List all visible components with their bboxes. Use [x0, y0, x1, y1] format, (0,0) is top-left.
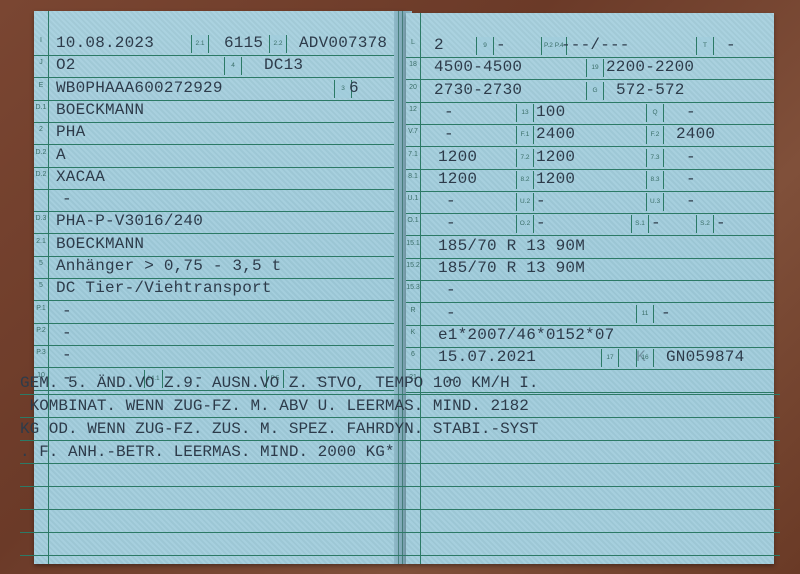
- field-code: 15.3: [406, 284, 420, 291]
- field-value: -: [686, 103, 696, 121]
- field-code: O.1: [406, 217, 420, 224]
- field-value: PHA-P-V3016/240: [56, 212, 203, 230]
- remarks-section: GEM. 5. ÄND.VO Z.9. AUSN.VO Z. STVO, TEM…: [20, 372, 780, 556]
- field-value: -: [651, 214, 661, 232]
- left_page-row: 2.1BOECKMANN: [34, 234, 405, 257]
- field-code: 5: [34, 260, 48, 267]
- field-code: O.2: [516, 215, 534, 233]
- field-code: D.2: [34, 149, 48, 156]
- field-value: 10.08.2023: [56, 34, 154, 52]
- left_page-row: P.2-: [34, 323, 405, 346]
- field-value: -: [62, 190, 72, 208]
- field-value: 1200: [438, 148, 477, 166]
- left_page-row: D.1BOECKMANN: [34, 100, 405, 123]
- field-code: 15.1: [406, 240, 420, 247]
- field-code: 4: [224, 57, 242, 75]
- field-value: PHA: [56, 123, 85, 141]
- remark-line: KG OD. WENN ZUG-FZ. ZUS. M. SPEZ. FAHRDY…: [20, 418, 780, 441]
- field-value: 1200: [438, 170, 477, 188]
- field-value: -: [726, 36, 736, 54]
- right_page-row: 202730-2730G572-572: [406, 80, 774, 103]
- field-value: 185/70 R 13 90M: [438, 259, 585, 277]
- field-code: J: [34, 59, 48, 66]
- right_page-row: Ke1*2007/46*0152*07: [406, 325, 774, 348]
- left_page-row: 2PHA: [34, 122, 405, 145]
- field-value: DC Tier-/Viehtransport: [56, 279, 272, 297]
- field-code: 11: [636, 305, 654, 323]
- field-code: 2.2: [269, 35, 287, 53]
- field-value: 4500-4500: [434, 58, 522, 76]
- field-value: 6115: [224, 34, 263, 52]
- field-code: 2.1: [34, 238, 48, 245]
- field-code: F.1: [516, 126, 534, 144]
- field-code: D.1: [34, 104, 48, 111]
- field-value: ---/---: [561, 36, 630, 54]
- field-code: L: [406, 39, 420, 46]
- right_page-row: U.1-U.2-U.3-: [406, 191, 774, 214]
- field-code: 2: [34, 126, 48, 133]
- field-value: -: [686, 148, 696, 166]
- remark-line: [20, 510, 780, 533]
- field-value: -: [446, 214, 456, 232]
- field-code: 18: [406, 61, 420, 68]
- field-value: 185/70 R 13 90M: [438, 237, 585, 255]
- left_page-row: JO24DC13: [34, 55, 405, 78]
- field-code: 8.3: [646, 171, 664, 189]
- field-value: ADV007378: [299, 34, 387, 52]
- field-code: 9: [476, 37, 494, 55]
- field-code: 16: [636, 349, 654, 367]
- field-code: 7.3: [646, 149, 664, 167]
- remark-line: [20, 487, 780, 510]
- left_page-row: I10.08.20232.161152.2ADV007378: [34, 33, 405, 56]
- field-value: DC13: [264, 56, 303, 74]
- right_page-row: L29-P.2 P.4---/---T-: [406, 35, 774, 58]
- field-code: I: [34, 37, 48, 44]
- right_page-row: 12-13100Q-: [406, 102, 774, 125]
- left_page-row: P.3-: [34, 345, 405, 368]
- right_page-row: R-11-: [406, 303, 774, 326]
- left_page-row: D.2XACAA: [34, 167, 405, 190]
- field-value: -: [444, 125, 454, 143]
- field-value: -: [446, 304, 456, 322]
- field-value: 1200: [536, 148, 575, 166]
- field-value: 2400: [676, 125, 715, 143]
- field-code: E: [34, 82, 48, 89]
- field-code: S.1: [631, 215, 649, 233]
- field-value: -: [444, 103, 454, 121]
- remark-line: KOMBINAT. WENN ZUG-FZ. M. ABV U. LEERMAS…: [20, 395, 780, 418]
- field-value: -: [446, 192, 456, 210]
- field-value: -: [536, 214, 546, 232]
- field-code: P.2: [34, 327, 48, 334]
- field-value: GN059874: [666, 348, 744, 366]
- field-code: 5: [34, 282, 48, 289]
- right_page-row: V.7-F.12400F.22400: [406, 124, 774, 147]
- left_page-row: D.2A: [34, 145, 405, 168]
- field-code: P.3: [34, 349, 48, 356]
- remark-line: [20, 533, 780, 556]
- field-value: O2: [56, 56, 76, 74]
- field-code: S.2: [696, 215, 714, 233]
- remark-line: [20, 464, 780, 487]
- field-value: -: [496, 36, 506, 54]
- field-value: BOECKMANN: [56, 101, 144, 119]
- field-code: K: [406, 329, 420, 336]
- field-value: -: [62, 302, 72, 320]
- field-value: 2400: [536, 125, 575, 143]
- field-code: 6: [406, 351, 420, 358]
- remark-line: GEM. 5. ÄND.VO Z.9. AUSN.VO Z. STVO, TEM…: [20, 372, 780, 395]
- left_page-row: -: [34, 189, 405, 212]
- field-code: T: [696, 37, 714, 55]
- right_page-row: 184500-4500192200-2200: [406, 57, 774, 80]
- field-value: 2200-2200: [606, 58, 694, 76]
- field-code: P.1: [34, 305, 48, 312]
- field-code: D.2: [34, 171, 48, 178]
- field-value: 2: [434, 36, 444, 54]
- field-code: 7.2: [516, 149, 534, 167]
- field-code: R: [406, 307, 420, 314]
- field-value: -: [536, 192, 546, 210]
- field-code: U.1: [406, 195, 420, 202]
- field-value: -: [62, 324, 72, 342]
- right_page-row: 15.2185/70 R 13 90M: [406, 258, 774, 281]
- field-value: WB0PHAAA600272929: [56, 79, 223, 97]
- field-code: 8.1: [406, 173, 420, 180]
- field-code: 7.1: [406, 151, 420, 158]
- field-value: 2730-2730: [434, 81, 522, 99]
- field-value: -: [661, 304, 671, 322]
- field-value: 572-572: [616, 81, 685, 99]
- field-value: e1*2007/46*0152*07: [438, 326, 614, 344]
- field-value: Anhänger > 0,75 - 3,5 t: [56, 257, 281, 275]
- field-code: 19: [586, 59, 604, 77]
- field-code: Q: [646, 104, 664, 122]
- right_page-row: O.1-O.2-S.1-S.2-: [406, 213, 774, 236]
- field-value: -: [716, 214, 726, 232]
- field-code: 20: [406, 84, 420, 91]
- left_page-row: 5DC Tier-/Viehtransport: [34, 278, 405, 301]
- left_page-row: D.3PHA-P-V3016/240: [34, 211, 405, 234]
- right_page-row: 15.1185/70 R 13 90M: [406, 236, 774, 259]
- field-code: 12: [406, 106, 420, 113]
- field-code: 15.2: [406, 262, 420, 269]
- field-value: -: [686, 192, 696, 210]
- field-code: G: [586, 82, 604, 100]
- left_page-row: P.1-: [34, 301, 405, 324]
- field-value: 1200: [536, 170, 575, 188]
- field-code: 13: [516, 104, 534, 122]
- field-code: 2.1: [191, 35, 209, 53]
- field-value: 15.07.2021: [438, 348, 536, 366]
- field-value: XACAA: [56, 168, 105, 186]
- field-value: 100: [536, 103, 565, 121]
- remark-line: . F. ANH.-BETR. LEERMAS. MIND. 2000 KG*: [20, 441, 780, 464]
- field-code: U.3: [646, 193, 664, 211]
- right_page-row: 615.07.202117K16GN059874: [406, 347, 774, 370]
- field-value: BOECKMANN: [56, 235, 144, 253]
- right_page-row: 8.112008.212008.3-: [406, 169, 774, 192]
- field-value: -: [686, 170, 696, 188]
- left_page-row: 5Anhänger > 0,75 - 3,5 t: [34, 256, 405, 279]
- field-code: V.7: [406, 128, 420, 135]
- field-code: U.2: [516, 193, 534, 211]
- field-value: -: [446, 281, 456, 299]
- field-value: -: [62, 346, 72, 364]
- field-code: 17: [601, 349, 619, 367]
- right_page-row: 15.3-: [406, 280, 774, 303]
- field-code: 8.2: [516, 171, 534, 189]
- field-value: A: [56, 146, 66, 164]
- left_page-row: EWB0PHAAA60027292936: [34, 78, 405, 101]
- field-code: F.2: [646, 126, 664, 144]
- right_page-row: 7.112007.212007.3-: [406, 147, 774, 170]
- field-code: D.3: [34, 215, 48, 222]
- field-value: 6: [349, 79, 359, 97]
